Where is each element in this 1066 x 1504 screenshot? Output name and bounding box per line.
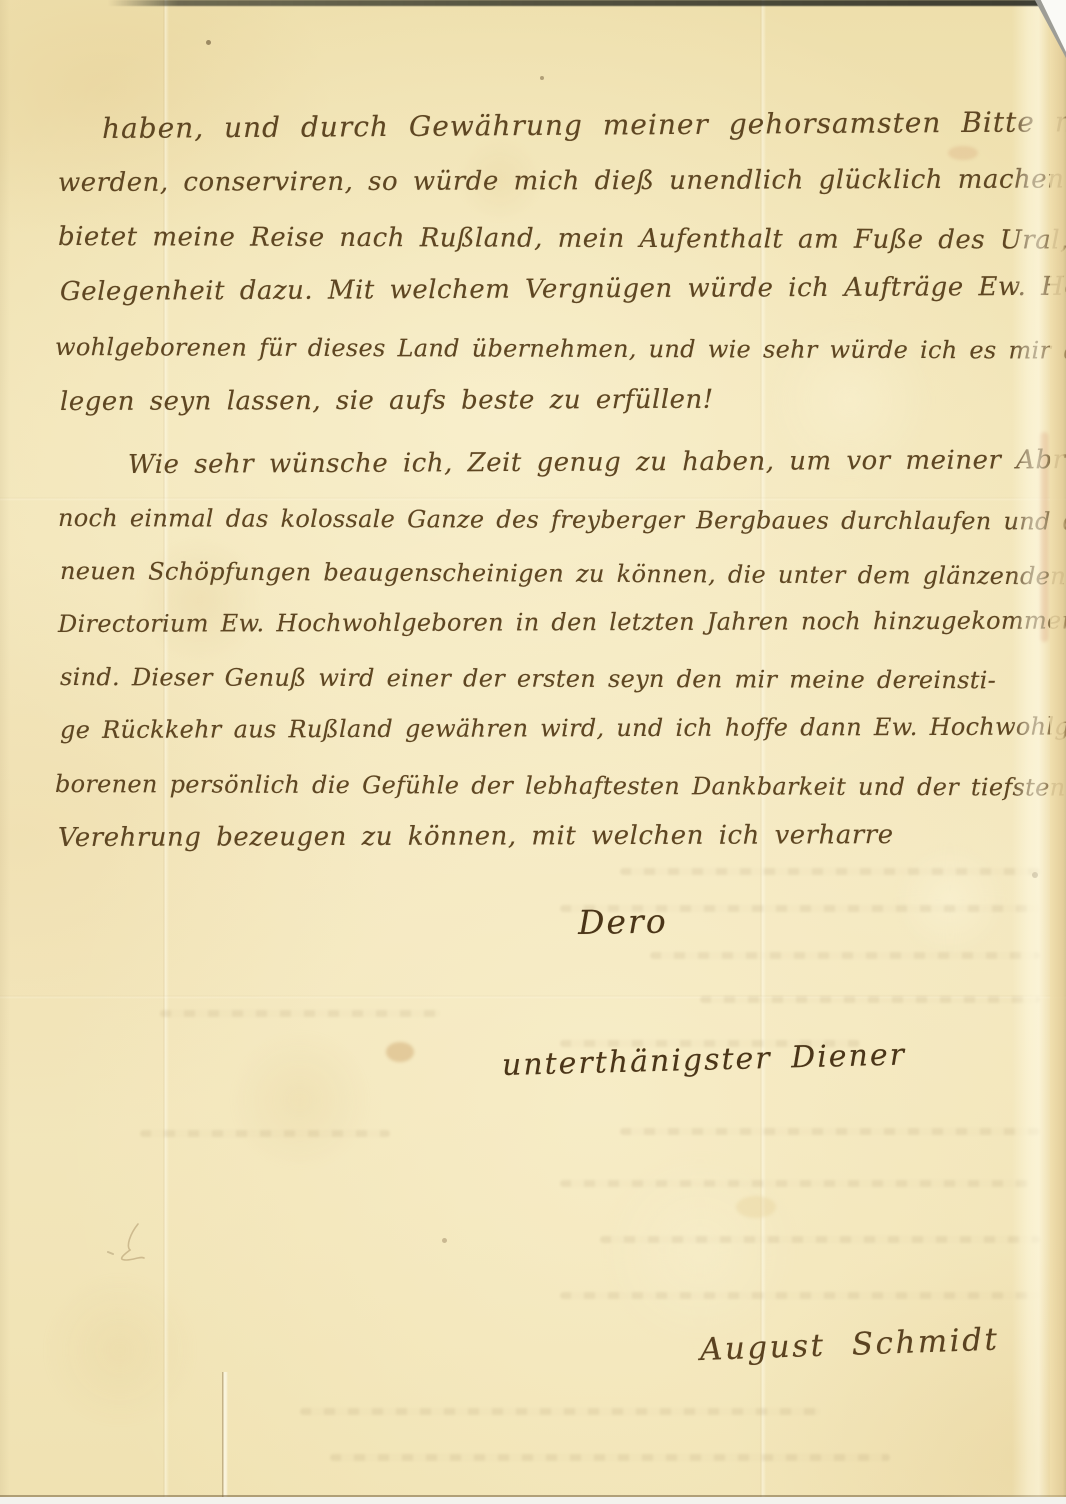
paper-left-edge-shadow: [0, 0, 10, 1504]
paper-right-edge: [1050, 0, 1066, 1504]
paper-edge-highlight: [1012, 0, 1050, 1504]
scanned-letter-page: haben, und durch Gewährung meiner gehors…: [0, 0, 1066, 1504]
scanner-background-bottom-strip: [0, 1497, 1066, 1504]
scan-top-edge-shadow: [108, 0, 1066, 6]
scan-vignette: [0, 0, 1066, 1504]
